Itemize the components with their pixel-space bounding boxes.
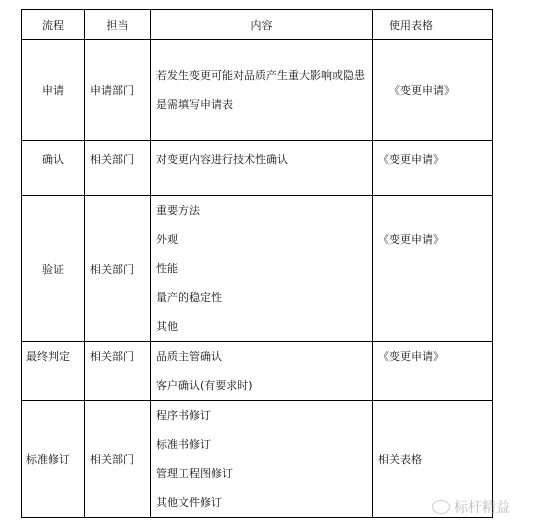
process-text: 最终判定 <box>26 342 84 371</box>
form-text: 《变更申请》 <box>378 145 492 174</box>
owner-text: 相关部门 <box>90 342 150 371</box>
change-process-table: 流程 担当 内容 使用表格 申请 申请部门 若发生变更可能对品质产生重大影响或隐… <box>21 9 493 518</box>
content-line: 是需填写申请表 <box>156 90 372 119</box>
table-header-row: 流程 担当 内容 使用表格 <box>22 10 493 40</box>
content-line: 标准书修订 <box>156 430 372 459</box>
table-row: 确认 相关部门 对变更内容进行技术性确认 《变更申请》 <box>22 141 493 196</box>
content-line: 量产的稳定性 <box>156 283 372 312</box>
process-cell: 申请 <box>22 40 85 141</box>
owner-cell: 申请部门 <box>85 40 151 141</box>
owner-cell: 相关部门 <box>85 401 151 518</box>
content-line: 外观 <box>156 225 372 254</box>
content-line: 客户确认(有要求时) <box>156 371 372 400</box>
content-cell: 重要方法 外观 性能 量产的稳定性 其他 <box>151 196 373 342</box>
owner-cell: 相关部门 <box>85 196 151 342</box>
header-owner: 担当 <box>85 10 151 40</box>
owner-text: 相关部门 <box>90 145 150 174</box>
header-content: 内容 <box>151 10 373 40</box>
form-cell: 《变更申请》 <box>373 141 493 196</box>
content-line: 程序书修订 <box>156 401 372 430</box>
content-line: 若发生变更可能对品质产生重大影响或隐患 <box>156 61 372 90</box>
content-line: 品质主管确认 <box>156 342 372 371</box>
content-cell: 品质主管确认 客户确认(有要求时) <box>151 342 373 401</box>
content-cell: 程序书修订 标准书修订 管理工程图修订 其他文件修订 <box>151 401 373 518</box>
content-line: 管理工程图修订 <box>156 459 372 488</box>
form-text: 《变更申请》 <box>378 342 492 371</box>
table-row: 最终判定 相关部门 品质主管确认 客户确认(有要求时) 《变更申请》 <box>22 342 493 401</box>
form-cell: 《变更申请》 <box>373 342 493 401</box>
header-form: 使用表格 <box>373 10 493 40</box>
form-cell: 《变更申请》 <box>373 40 493 141</box>
process-text: 确认 <box>22 145 84 174</box>
content-cell: 若发生变更可能对品质产生重大影响或隐患 是需填写申请表 <box>151 40 373 141</box>
process-cell: 验证 <box>22 196 85 342</box>
process-cell: 最终判定 <box>22 342 85 401</box>
form-cell: 《变更申请》 <box>373 196 493 342</box>
table-row: 验证 相关部门 重要方法 外观 性能 量产的稳定性 其他 《变更申请》 <box>22 196 493 342</box>
owner-cell: 相关部门 <box>85 141 151 196</box>
content-cell: 对变更内容进行技术性确认 <box>151 141 373 196</box>
header-process: 流程 <box>22 10 85 40</box>
table-row: 申请 申请部门 若发生变更可能对品质产生重大影响或隐患 是需填写申请表 《变更申… <box>22 40 493 141</box>
process-cell: 标准修订 <box>22 401 85 518</box>
content-line: 重要方法 <box>156 196 372 225</box>
content-line: 其他文件修订 <box>156 488 372 517</box>
content-line: 其他 <box>156 312 372 341</box>
watermark-text: 标杆精益 <box>454 497 510 517</box>
process-cell: 确认 <box>22 141 85 196</box>
owner-cell: 相关部门 <box>85 342 151 401</box>
content-line: 性能 <box>156 254 372 283</box>
content-line: 对变更内容进行技术性确认 <box>156 145 372 174</box>
table-row: 标准修订 相关部门 程序书修订 标准书修订 管理工程图修订 其他文件修订 相关表… <box>22 401 493 518</box>
watermark: 标杆精益 <box>432 497 510 517</box>
wechat-icon <box>432 500 450 514</box>
form-text: 《变更申请》 <box>378 225 492 254</box>
